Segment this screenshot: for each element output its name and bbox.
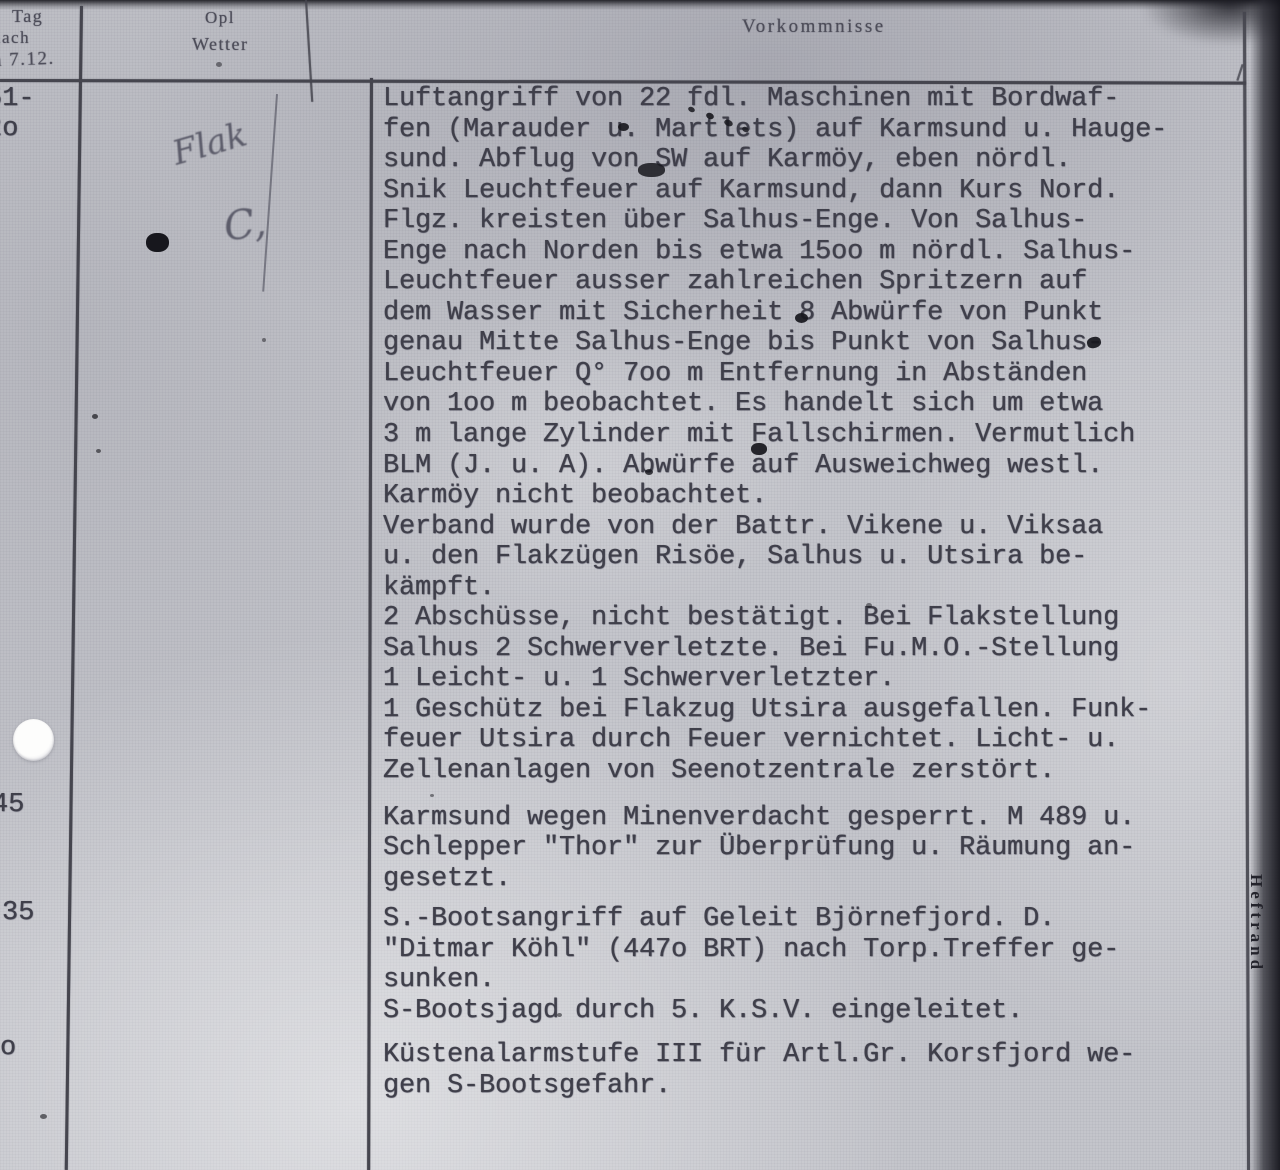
ink-blot xyxy=(262,338,266,342)
column-header-weather-line1: Opl xyxy=(205,8,235,28)
ink-blot xyxy=(645,469,653,475)
handwritten-note-c: C, xyxy=(221,199,269,250)
ink-blot xyxy=(557,1013,562,1017)
column-header-day-line3: n 7.12. xyxy=(0,48,55,72)
margin-time-3: 45 xyxy=(0,790,24,820)
diary-entry-damage: 1 Geschütz bei Flakzug Utsira ausgefalle… xyxy=(383,695,1255,787)
handwritten-note-flak: Flak xyxy=(168,114,251,173)
ink-blot xyxy=(618,123,629,131)
column-header-day-line2: nach xyxy=(0,28,30,48)
margin-time-1: 51- xyxy=(0,84,35,114)
ruling-line-vertical-main xyxy=(367,78,372,1170)
margin-time-5: o xyxy=(0,1033,16,1063)
diary-entry-karmsund-closed: Karmsund wegen Minenverdacht gesperrt. M… xyxy=(383,803,1255,895)
ruling-line-header-divider xyxy=(305,0,313,102)
punch-hole xyxy=(13,719,54,761)
column-header-day-line1: Tag xyxy=(12,6,43,27)
ink-blot xyxy=(146,233,169,252)
ink-blot xyxy=(92,414,98,419)
column-header-weather-line2: Wetter xyxy=(192,34,249,55)
diary-entry-air-raid: Luftangriff von 22 fdl. Maschinen mit Bo… xyxy=(383,84,1255,512)
diary-entry-casualties: 2 Abschüsse, nicht bestätigt. Bei Flakst… xyxy=(383,603,1255,695)
binding-margin-label: Heftrand xyxy=(1246,874,1266,1064)
pen-stroke xyxy=(262,94,278,292)
diary-entry-alarm-level: Küstenalarmstufe III für Artl.Gr. Korsfj… xyxy=(383,1040,1255,1101)
column-header-events: Vorkommnisse xyxy=(742,16,886,38)
diary-entry-sboat-attack: S.-Bootsangriff auf Geleit Björnefjord. … xyxy=(383,904,1255,1026)
ink-blot xyxy=(795,313,808,323)
diary-entry-flak-response: Verband wurde von der Battr. Vikene u. V… xyxy=(383,512,1255,604)
ink-blot xyxy=(430,794,434,797)
ink-blot xyxy=(96,449,101,453)
ink-blot xyxy=(751,443,767,455)
ruling-line-vertical-left xyxy=(65,6,83,1170)
scanned-war-diary-page: Tag nach n 7.12. Opl Wetter Vorkommnisse… xyxy=(0,0,1280,1170)
ink-blot xyxy=(866,603,872,608)
scan-edge-top xyxy=(0,0,1280,10)
events-column: Luftangriff von 22 fdl. Maschinen mit Bo… xyxy=(383,84,1255,1102)
ink-blot xyxy=(638,163,665,177)
margin-time-4: 35 xyxy=(2,898,34,928)
ink-blot xyxy=(40,1114,47,1119)
ink-blot xyxy=(216,62,222,67)
margin-time-2: 2o xyxy=(0,114,18,144)
